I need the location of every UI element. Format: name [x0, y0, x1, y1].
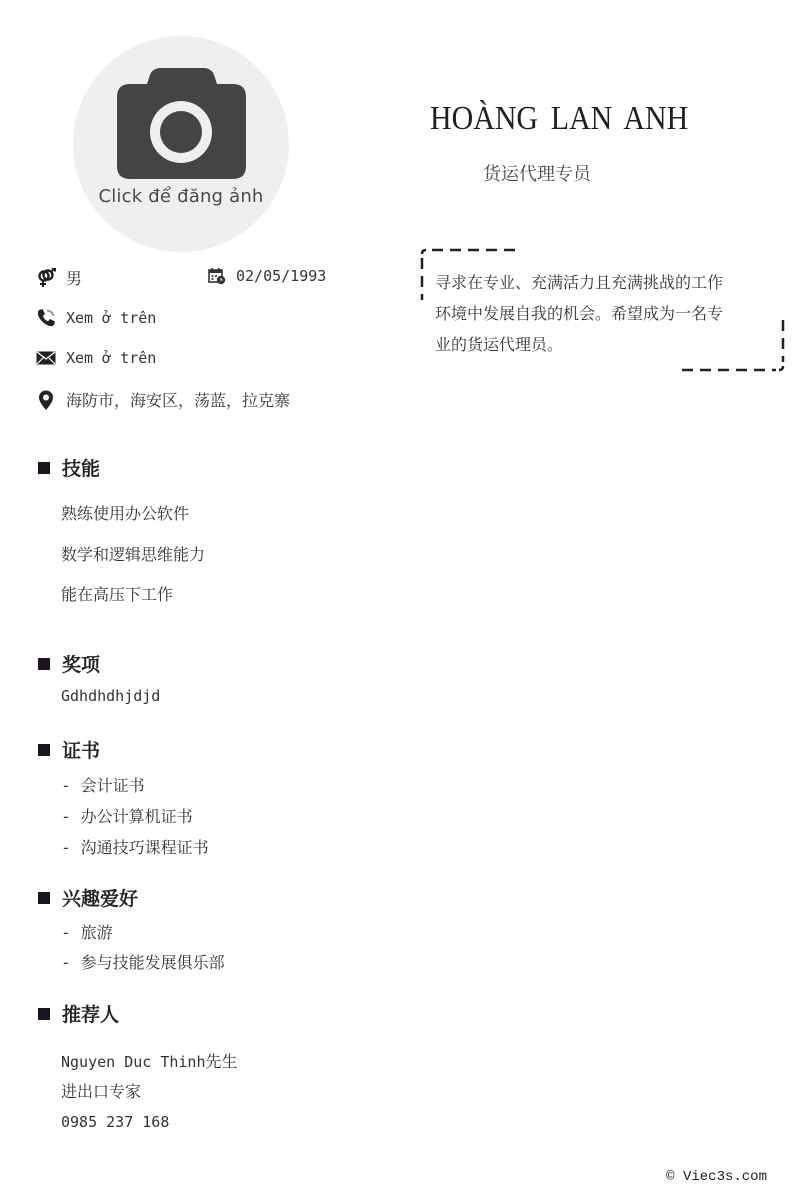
- skills-list: 熟练使用办公软件 数学和逻辑思维能力 能在高压下工作: [61, 501, 205, 605]
- gender-row: 男: [36, 266, 82, 289]
- awards-title: 奖项: [62, 650, 100, 677]
- map-pin-icon: [36, 390, 56, 410]
- square-bullet-icon: [38, 658, 50, 670]
- reference-phone: 0985 237 168: [61, 1107, 238, 1137]
- hobbies-list: -旅游 -参与技能发展俱乐部: [61, 918, 225, 978]
- reference-details: Nguyen Duc Thinh先生 进出口专家 0985 237 168: [61, 1047, 238, 1137]
- address-row: 海防市，海安区，荡蓝，拉克寨: [36, 388, 290, 411]
- hobbies-heading: 兴趣爱好: [37, 884, 138, 911]
- skill-item: 熟练使用办公软件: [61, 501, 205, 542]
- square-bullet-icon: [38, 892, 50, 904]
- certificates-title: 证书: [62, 736, 100, 763]
- objective-line: 业的货运代理员。: [435, 329, 770, 360]
- square-bullet-icon: [38, 744, 50, 756]
- career-objective: 寻求在专业、充满活力且充满挑战的工作 环境中发展自我的机会。希望成为一名专 业的…: [420, 248, 784, 372]
- envelope-icon: [36, 348, 56, 368]
- gender-icon: [36, 268, 56, 288]
- skills-heading: 技能: [37, 454, 100, 481]
- reference-name: Nguyen Duc Thinh先生: [61, 1047, 238, 1077]
- avatar-upload[interactable]: Click để đăng ảnh: [73, 36, 289, 252]
- phone-row: Xem ở trên: [36, 308, 156, 328]
- certificates-heading: 证书: [37, 736, 100, 763]
- email-value: Xem ở trên: [66, 349, 156, 367]
- reference-position: 进出口专家: [61, 1077, 238, 1107]
- calendar-icon: [207, 266, 227, 286]
- square-bullet-icon: [38, 462, 50, 474]
- hobby-item: -参与技能发展俱乐部: [61, 948, 225, 978]
- references-heading: 推荐人: [37, 1000, 119, 1027]
- certificate-item: -沟通技巧课程证书: [61, 832, 209, 863]
- camera-icon: [117, 68, 247, 184]
- gender-value: 男: [66, 266, 82, 289]
- birthday-value: 02/05/1993: [236, 267, 326, 285]
- candidate-name: HOÀNG LAN ANH: [430, 100, 688, 138]
- phone-icon: [36, 308, 56, 328]
- hobby-item: -旅游: [61, 918, 225, 948]
- birthday-row: 02/05/1993: [207, 266, 326, 286]
- square-bullet-icon: [38, 1008, 50, 1020]
- objective-line: 环境中发展自我的机会。希望成为一名专: [435, 298, 770, 329]
- skill-item: 能在高压下工作: [61, 582, 205, 605]
- certificate-item: -会计证书: [61, 770, 209, 801]
- certificate-item: -办公计算机证书: [61, 801, 209, 832]
- upload-photo-label: Click để đăng ảnh: [73, 186, 289, 207]
- skills-title: 技能: [62, 454, 100, 481]
- hobbies-title: 兴趣爱好: [62, 884, 138, 911]
- awards-heading: 奖项: [37, 650, 100, 677]
- address-value: 海防市，海安区，荡蓝，拉克寨: [66, 388, 290, 411]
- objective-line: 寻求在专业、充满活力且充满挑战的工作: [435, 267, 770, 298]
- skill-item: 数学和逻辑思维能力: [61, 542, 205, 582]
- job-title: 货运代理专员: [483, 160, 591, 186]
- references-title: 推荐人: [62, 1000, 119, 1027]
- copyright-footer: © Viec3s.com: [666, 1169, 767, 1185]
- award-item: Gdhdhdhjdjd: [61, 687, 160, 705]
- phone-value: Xem ở trên: [66, 309, 156, 327]
- certificates-list: -会计证书 -办公计算机证书 -沟通技巧课程证书: [61, 770, 209, 863]
- email-row: Xem ở trên: [36, 348, 156, 368]
